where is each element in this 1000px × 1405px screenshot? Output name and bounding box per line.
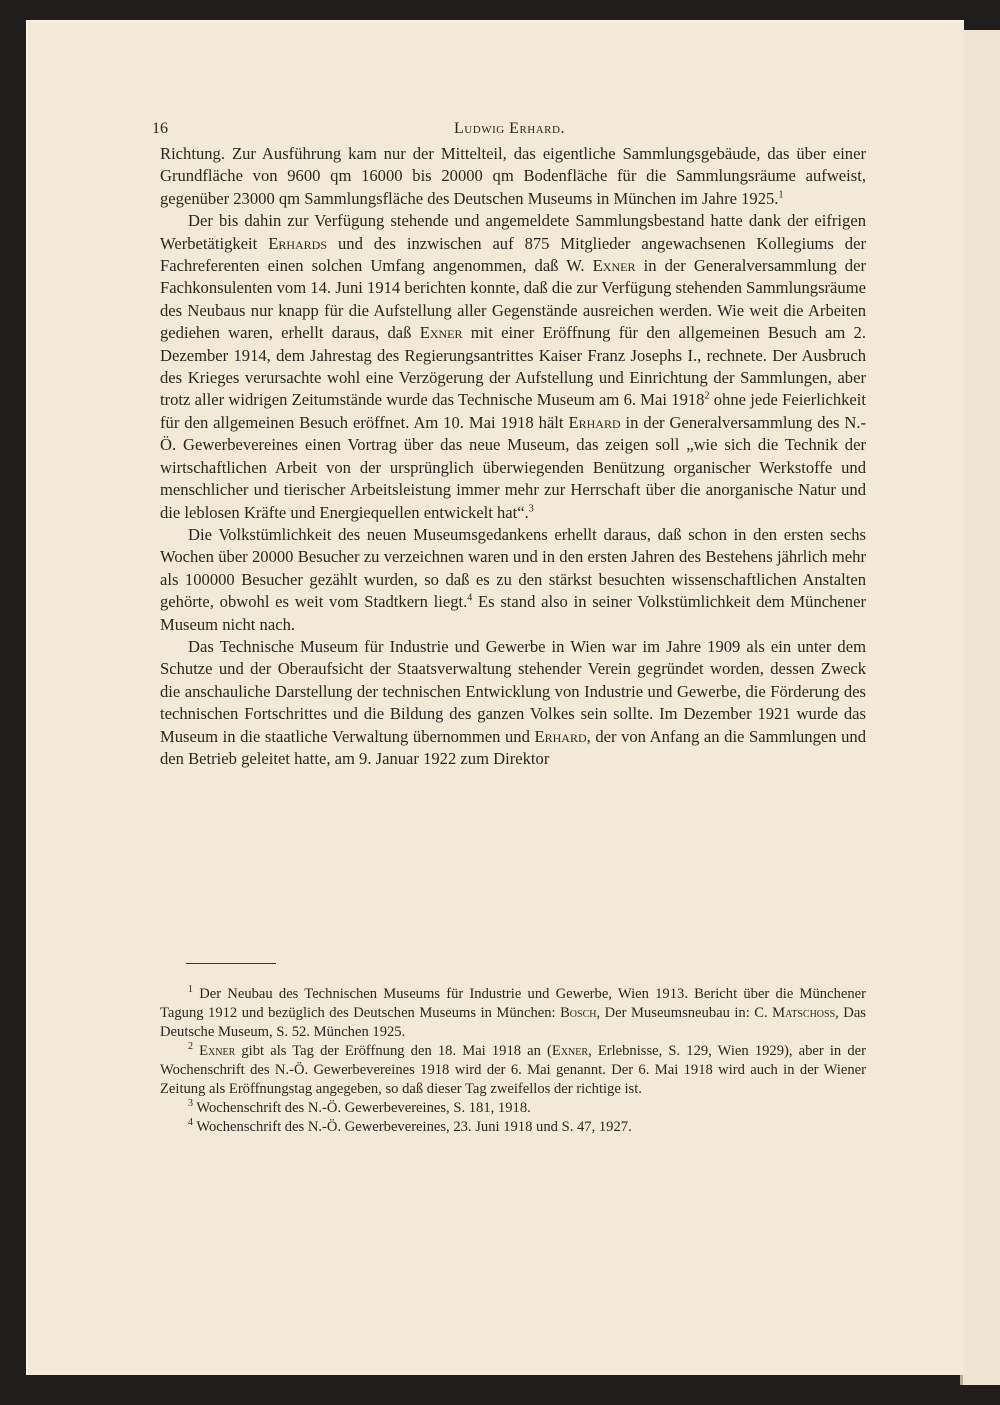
footnote-ref: 3 xyxy=(529,503,534,514)
paragraph: Der bis dahin zur Verfügung stehende und… xyxy=(160,210,866,524)
footnote-divider xyxy=(186,963,276,964)
adjacent-page-edge xyxy=(960,30,1000,1385)
text-run: Richtung. Zur Ausführung kam nur der Mit… xyxy=(160,144,866,208)
person-name: Erhard xyxy=(534,727,586,746)
footnote: 3 Wochenschrift des N.-Ö. Gewerbevereine… xyxy=(160,1099,866,1118)
text-run: Wochenschrift des N.-Ö. Gewerbevereines,… xyxy=(193,1119,632,1135)
text-run: Wochenschrift des N.-Ö. Gewerbevereines,… xyxy=(193,1100,531,1116)
footnote: 2 Exner gibt als Tag der Eröffnung den 1… xyxy=(160,1042,866,1099)
main-text: Richtung. Zur Ausführung kam nur der Mit… xyxy=(160,143,866,770)
paragraph: Die Volkstümlichkeit des neuen Museumsge… xyxy=(160,524,866,636)
paragraph: Richtung. Zur Ausführung kam nur der Mit… xyxy=(160,143,866,210)
page-header: 16 Ludwig Erhard. xyxy=(152,120,867,144)
text-run: gibt als Tag der Eröffnung den 18. Mai 1… xyxy=(235,1043,552,1059)
person-name: Matschoss xyxy=(772,1005,835,1021)
person-name: Exner xyxy=(420,323,463,342)
footnote: 1 Der Neubau des Technischen Museums für… xyxy=(160,985,866,1042)
paragraph: Das Technische Museum für Industrie und … xyxy=(160,636,866,770)
person-name: Erhard xyxy=(568,413,620,432)
running-title: Ludwig Erhard. xyxy=(152,120,867,138)
footnote: 4 Wochenschrift des N.-Ö. Gewerbevereine… xyxy=(160,1118,866,1137)
footnotes: 1 Der Neubau des Technischen Museums für… xyxy=(160,985,866,1137)
person-name: Erhards xyxy=(268,234,327,253)
person-name: Exner xyxy=(199,1043,235,1059)
person-name: Bosch xyxy=(560,1005,596,1021)
person-name: Exner xyxy=(552,1043,588,1059)
text-run: , Der Museumsneubau in: C. xyxy=(597,1005,773,1021)
footnote-ref: 1 xyxy=(778,189,783,200)
person-name: Exner xyxy=(593,256,636,275)
